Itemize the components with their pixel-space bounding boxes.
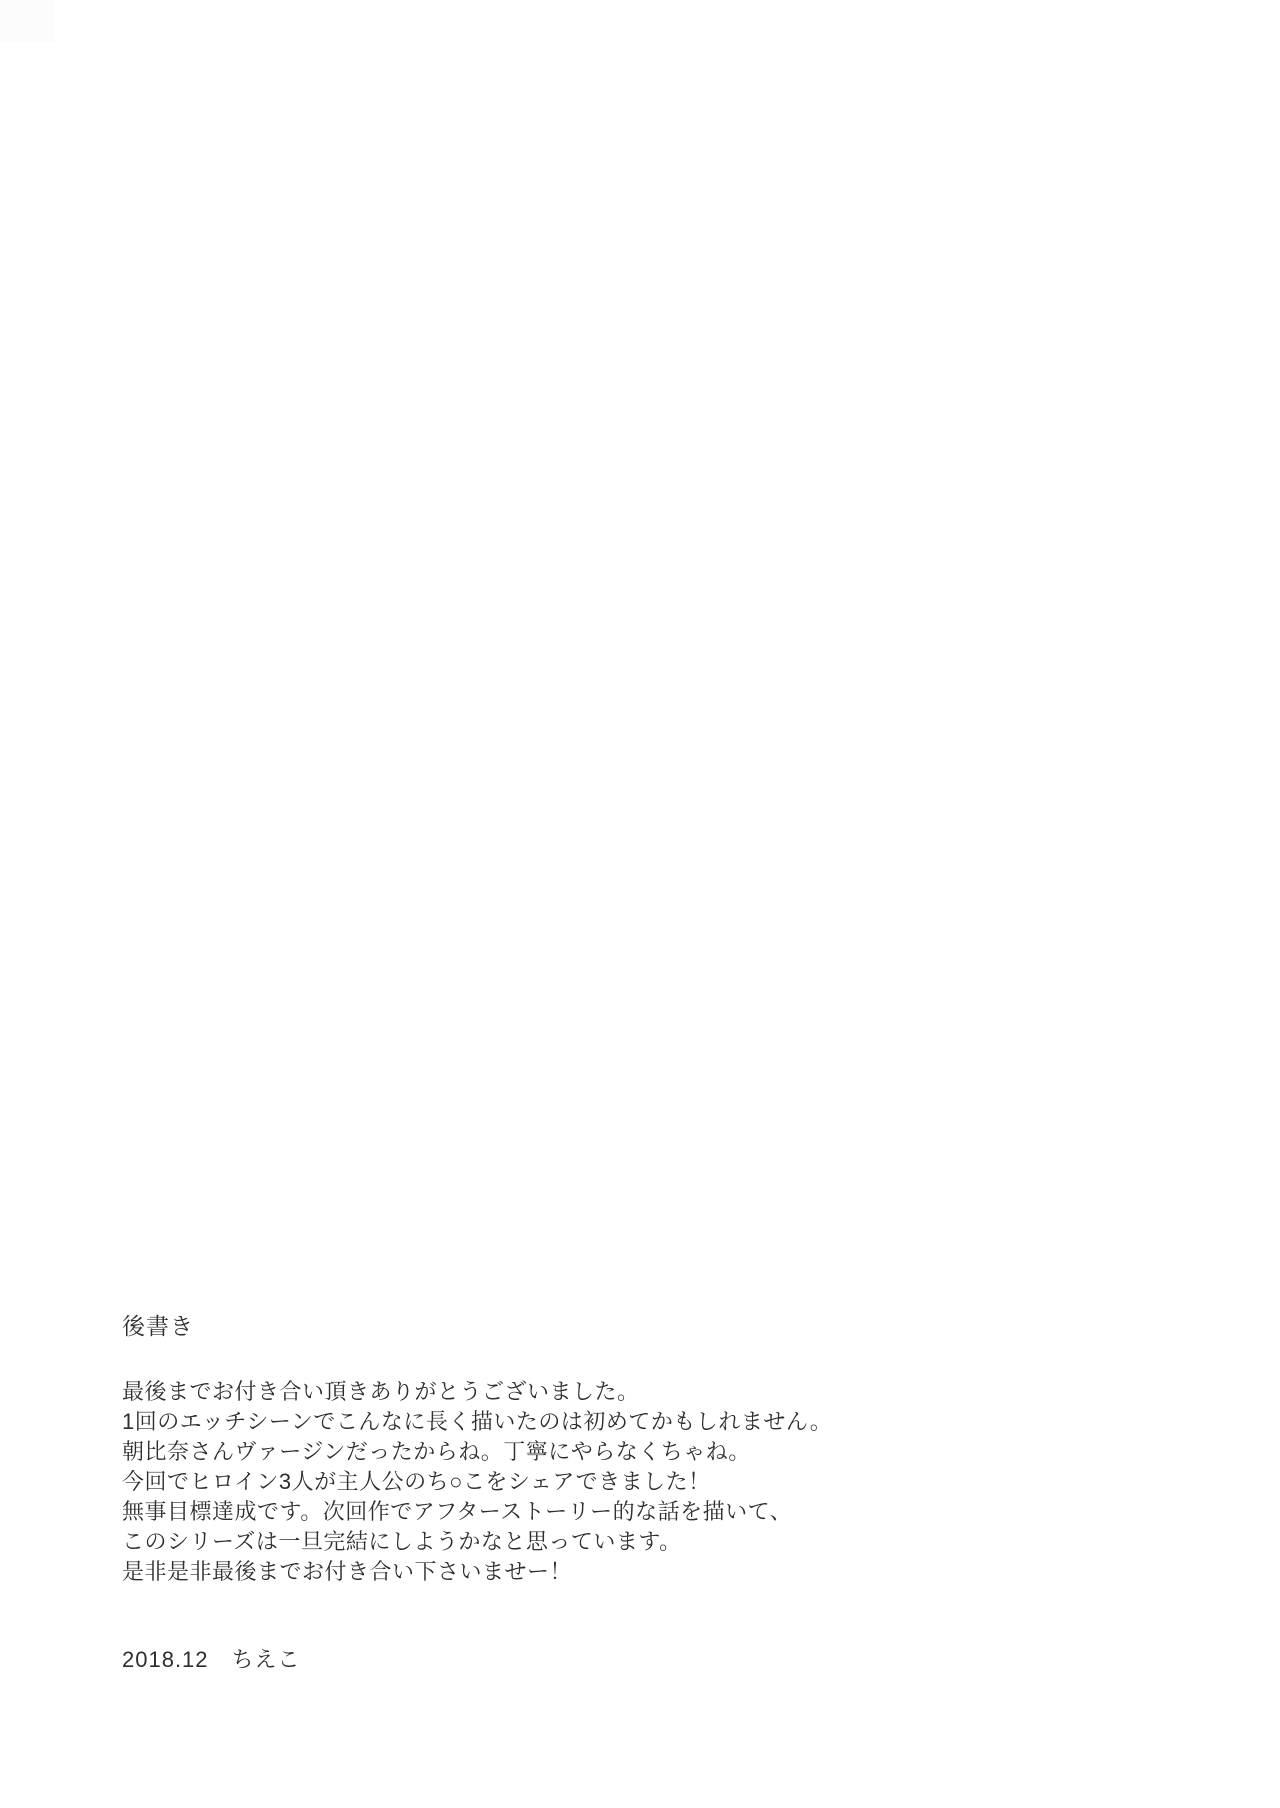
afterword-paragraph: 最後までお付き合い頂きありがとうございました。 1回のエッチシーンでこんなに長く… — [122, 1377, 1122, 1587]
afterword-line: 1回のエッチシーンでこんなに長く描いたのは初めてかもしれません。 — [122, 1407, 1122, 1437]
afterword-line: 無事目標達成です。次回作でアフターストーリー的な話を描いて、 — [122, 1497, 1122, 1527]
afterword-page: 後書き 最後までお付き合い頂きありがとうございました。 1回のエッチシーンでこん… — [0, 0, 1280, 1808]
afterword-line: 是非是非最後までお付き合い下さいませー！ — [122, 1557, 1122, 1587]
afterword-line: 朝比奈さんヴァージンだったからね。丁寧にやらなくちゃね。 — [122, 1437, 1122, 1467]
afterword-signature: 2018.12 ちえこ — [122, 1645, 1122, 1675]
afterword-line: このシリーズは一旦完結にしようかなと思っています。 — [122, 1527, 1122, 1557]
afterword-title: 後書き — [122, 1311, 1122, 1341]
afterword-block: 後書き 最後までお付き合い頂きありがとうございました。 1回のエッチシーンでこん… — [122, 1311, 1122, 1675]
afterword-line: 最後までお付き合い頂きありがとうございました。 — [122, 1377, 1122, 1407]
scan-artifact — [0, 0, 55, 42]
afterword-line: 今回でヒロイン3人が主人公のち○こをシェアできました！ — [122, 1467, 1122, 1497]
